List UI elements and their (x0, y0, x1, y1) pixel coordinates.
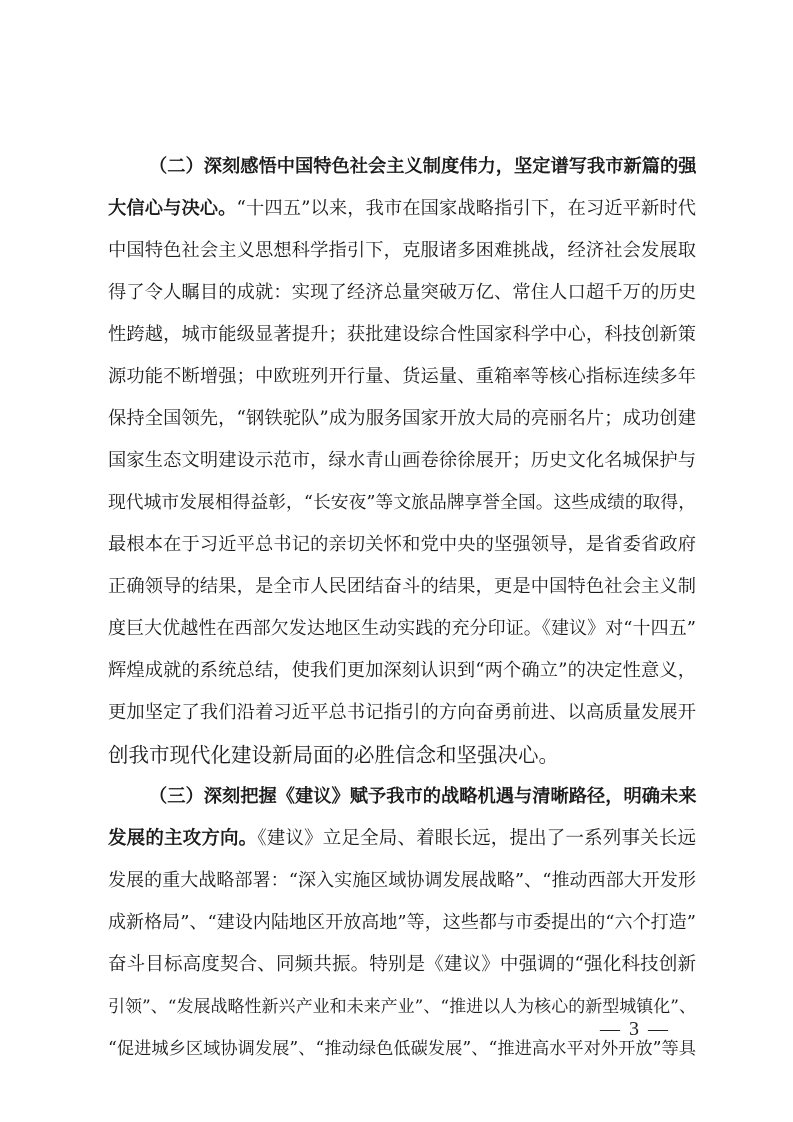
text-line: 创我市现代化建设新局面的必胜信念和坚强决心。 (108, 734, 696, 776)
page-number: — 3 — (600, 1018, 670, 1041)
section-heading: （二）深刻感悟中国特色社会主义制度伟力，坚定谱写我市新篇的强 (149, 156, 697, 177)
text-line: （三）深刻把握《建议》赋予我市的战略机遇与清晰路径，明确未来 (108, 776, 696, 818)
section-heading: 大信心与决心。 (108, 198, 237, 219)
text-line: 发展的主攻方向。《建议》立足全局、着眼长远，提出了一系列事关长远 (108, 818, 696, 860)
text-line: 得了令人瞩目的成就：实现了经济总量突破万亿、常住人口超千万的历史 (108, 272, 696, 314)
text-line: 更加坚定了我们沿着习近平总书记指引的方向奋勇前进、以高质量发展开 (108, 692, 696, 734)
section-heading: 发展的主攻方向。 (108, 828, 257, 849)
text-line: 发展的重大战略部署：“深入实施区域协调发展战略”、“推动西部大开发形 (108, 860, 696, 902)
text-line: 保持全国领先，“钢铁驼队”成为服务国家开放大局的亮丽名片；成功创建 (108, 398, 696, 440)
text-line: 中国特色社会主义思想科学指引下，克服诸多困难挑战，经济社会发展取 (108, 230, 696, 272)
text-line: 性跨越，城市能级显著提升；获批建设综合性国家科学中心，科技创新策 (108, 314, 696, 356)
text-line: 源功能不断增强；中欧班列开行量、货运量、重箱率等核心指标连续多年 (108, 356, 696, 398)
section-heading: （三）深刻把握《建议》赋予我市的战略机遇与清晰路径，明确未来 (149, 786, 697, 807)
document-page: （二）深刻感悟中国特色社会主义制度伟力，坚定谱写我市新篇的强 大信心与决心。“十… (0, 0, 793, 1122)
text-line: 大信心与决心。“十四五”以来，我市在国家战略指引下，在习近平新时代 (108, 188, 696, 230)
text-line: 正确领导的结果，是全市人民团结奋斗的结果，更是中国特色社会主义制 (108, 566, 696, 608)
text-line: 度巨大优越性在西部欠发达地区生动实践的充分印证。《建议》对“十四五” (108, 608, 696, 650)
text-line: 最根本在于习近平总书记的亲切关怀和党中央的坚强领导，是省委省政府 (108, 524, 696, 566)
text-line: 辉煌成就的系统总结，使我们更加深刻认识到“两个确立”的决定性意义， (108, 650, 696, 692)
body-text: （二）深刻感悟中国特色社会主义制度伟力，坚定谱写我市新篇的强 大信心与决心。“十… (108, 146, 696, 1070)
text-line: 奋斗目标高度契合、同频共振。特别是《建议》中强调的“强化科技创新 (108, 944, 696, 986)
text-line: 现代城市发展相得益彰，“长安夜”等文旅品牌享誉全国。这些成绩的取得， (108, 482, 696, 524)
text-line: （二）深刻感悟中国特色社会主义制度伟力，坚定谱写我市新篇的强 (108, 146, 696, 188)
text-line: 成新格局”、“建设内陆地区开放高地”等，这些都与市委提出的“六个打造” (108, 902, 696, 944)
text-line: 国家生态文明建设示范市，绿水青山画卷徐徐展开；历史文化名城保护与 (108, 440, 696, 482)
